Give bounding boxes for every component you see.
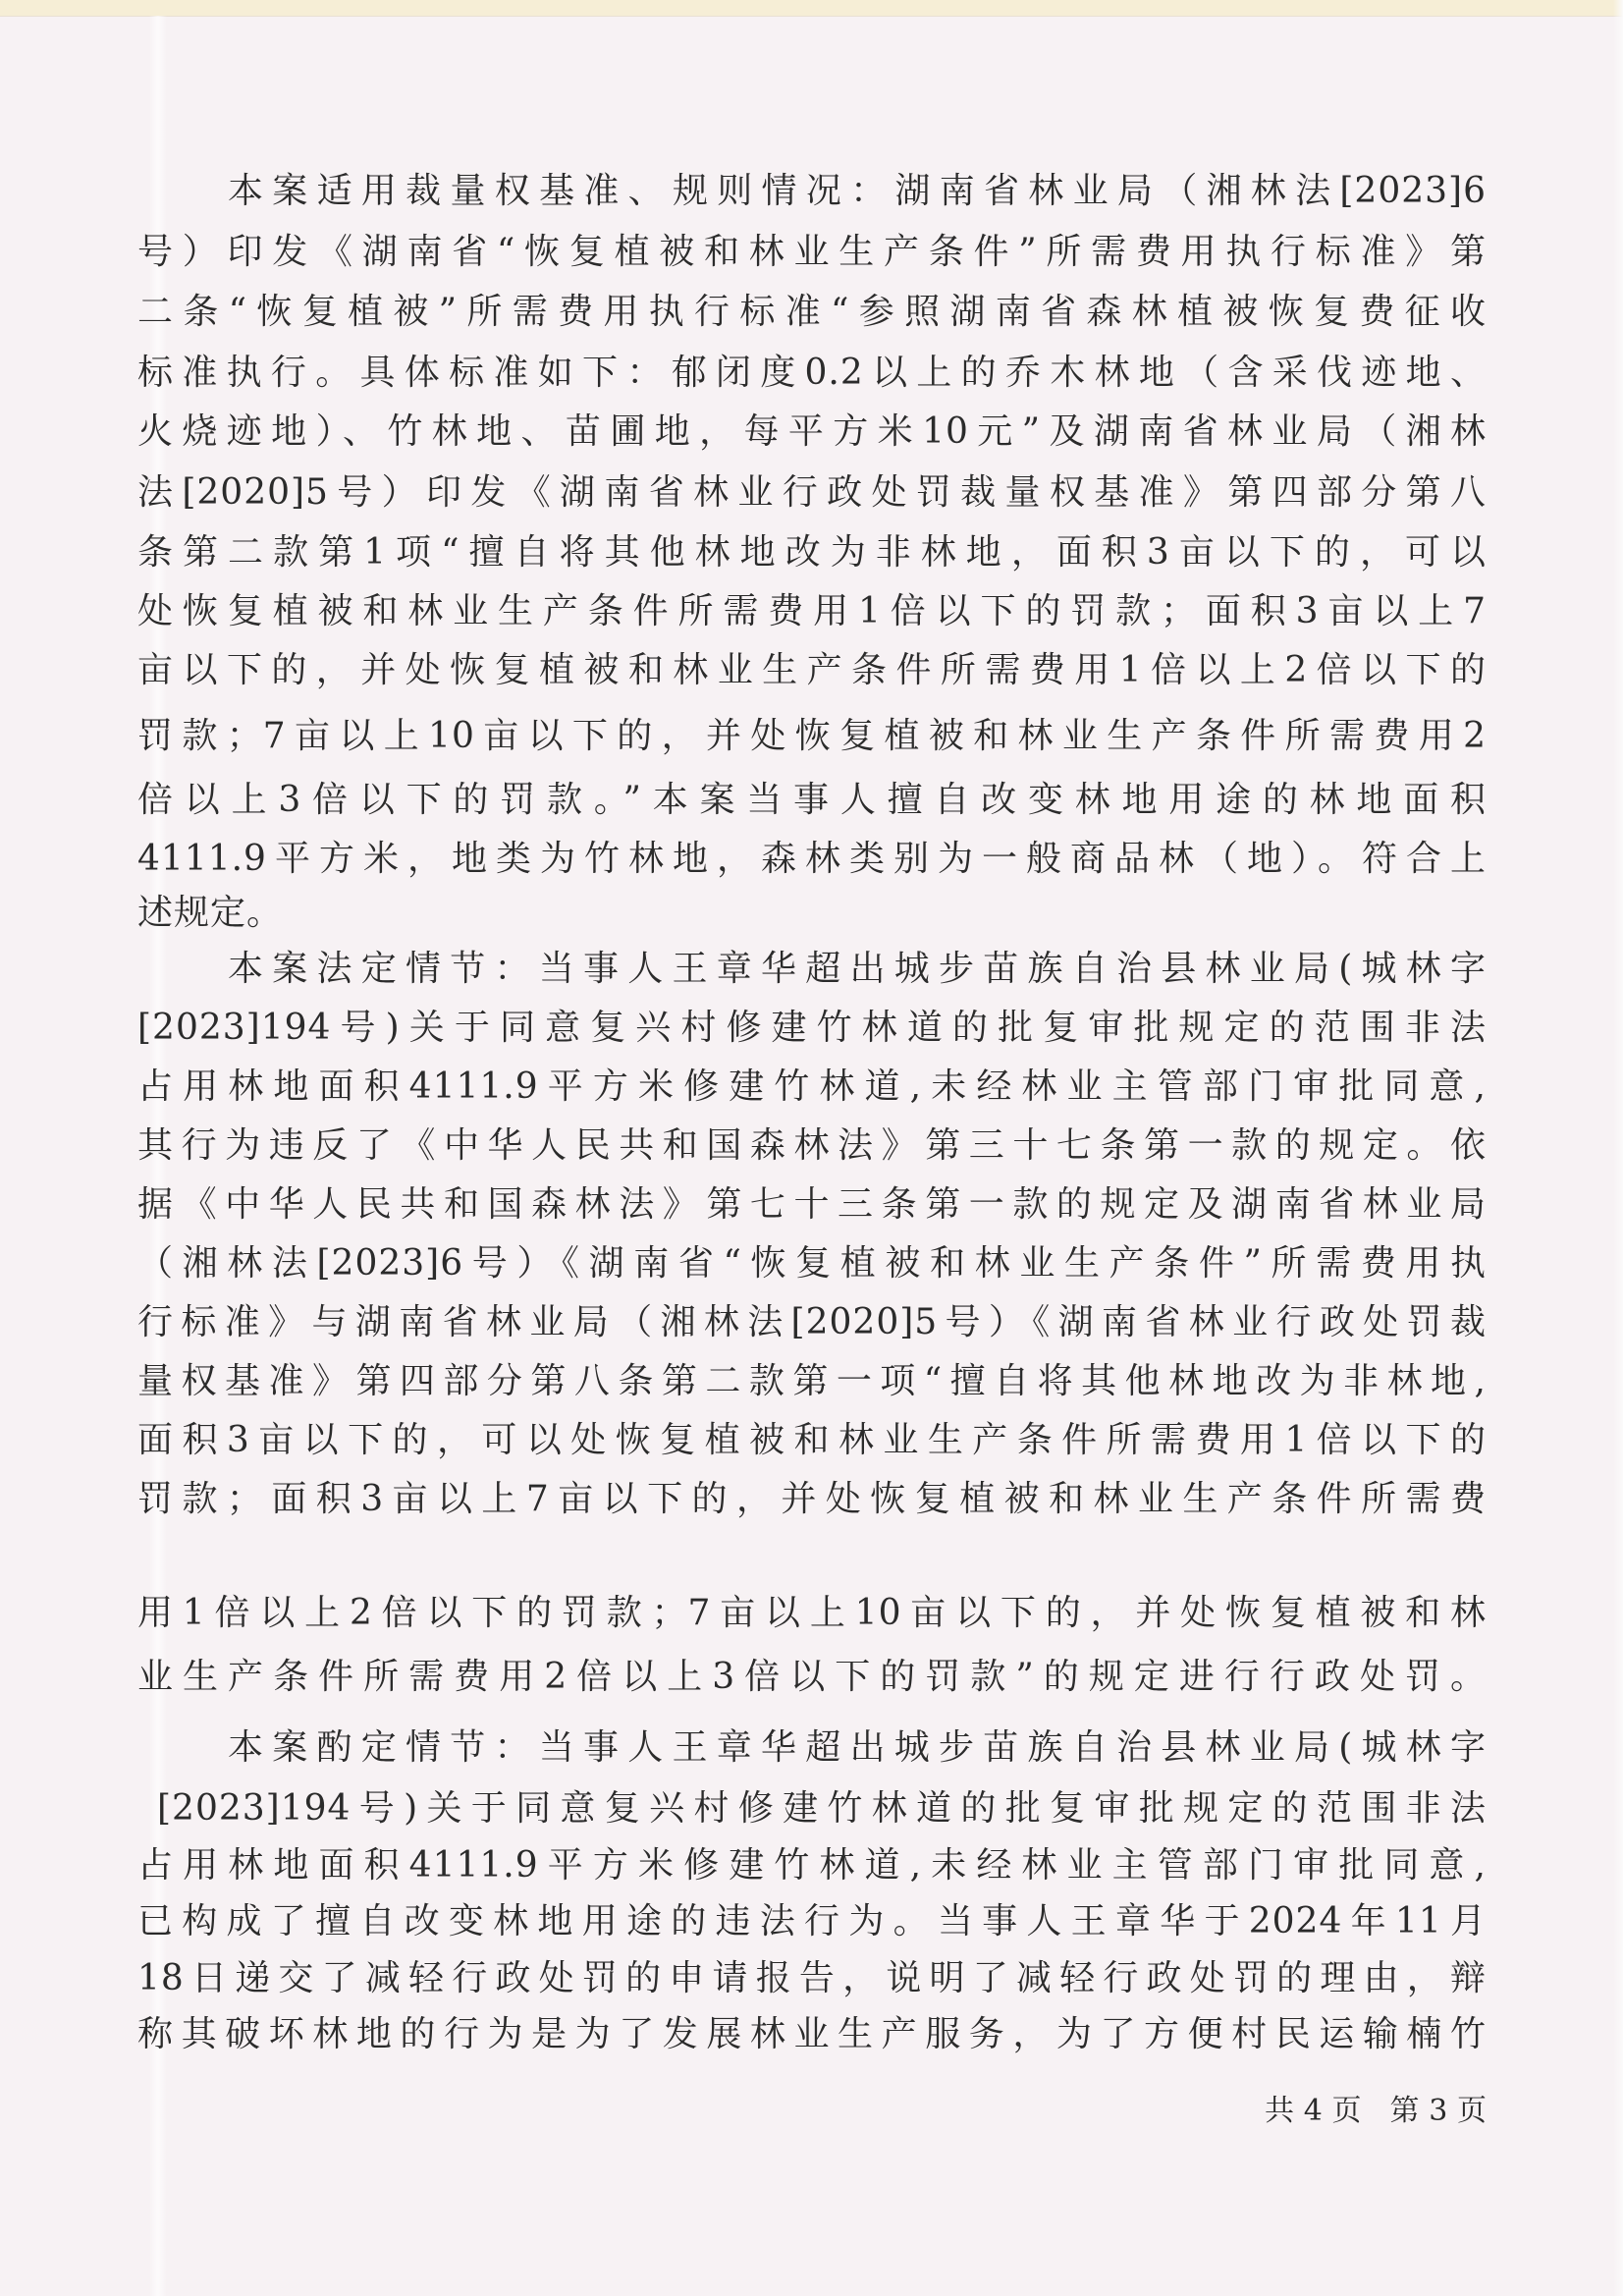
text-line: 罚款；7亩以上10亩以下的，并处恢复植被和林业生产条件所需费用2 <box>137 715 1487 758</box>
text-line: 占用林地面积4111.9平方米修建竹林道,未经林业主管部门审批同意, <box>137 1844 1487 1887</box>
text-line: 面积3亩以下的，可以处恢复植被和林业生产条件所需费用1倍以下的 <box>137 1419 1487 1462</box>
text-line: 条第二款第1项“擅自将其他林地改为非林地，面积3亩以下的，可以 <box>137 531 1487 574</box>
text-line: 法[2020]5号）印发《湖南省林业行政处罚裁量权基准》第四部分第八 <box>137 471 1487 515</box>
text-line: 行标准》与湖南省林业局（湘林法[2020]5号）《湖南省林业行政处罚裁 <box>137 1301 1487 1344</box>
text-line: 本案法定情节：当事人王章华超出城步苗族自治县林业局(城林字 <box>228 948 1487 991</box>
text-line: 述规定。 <box>137 892 1487 935</box>
text-line: 其行为违反了《中华人民共和国森林法》第三十七条第一款的规定。依 <box>137 1124 1487 1168</box>
text-line: 亩以下的，并处恢复植被和林业生产条件所需费用1倍以上2倍以下的 <box>137 649 1487 692</box>
text-line: [2023]194号)关于同意复兴村修建竹林道的批复审批规定的范围非法 <box>157 1787 1487 1831</box>
text-line: 称其破坏林地的行为是为了发展林业生产服务，为了方便村民运输楠竹 <box>137 2013 1487 2056</box>
text-line: 标准执行。具体标准如下：郁闭度0.2以上的乔木林地（含采伐迹地、 <box>137 352 1487 395</box>
text-line: 本案酌定情节：当事人王章华超出城步苗族自治县林业局(城林字 <box>228 1726 1487 1770</box>
text-line: 业生产条件所需费用2倍以上3倍以下的罚款”的规定进行行政处罚。 <box>137 1656 1487 1699</box>
text-line: 号）印发《湖南省“恢复植被和林业生产条件”所需费用执行标准》第 <box>137 231 1487 274</box>
text-line: 据《中华人民共和国森林法》第七十三条第一款的规定及湖南省林业局 <box>137 1183 1487 1227</box>
text-line: 倍以上3倍以下的罚款。”本案当事人擅自改变林地用途的林地面积 <box>137 779 1487 822</box>
text-line: 量权基准》第四部分第八条第二款第一项“擅自将其他林地改为非林地, <box>137 1360 1487 1403</box>
text-line: 本案适用裁量权基准、规则情况：湖南省林业局（湘林法[2023]6 <box>228 170 1487 213</box>
text-line: 占用林地面积4111.9平方米修建竹林道,未经林业主管部门审批同意, <box>137 1066 1487 1109</box>
text-line: 4111.9平方米，地类为竹林地，森林类别为一般商品林（地）。符合上 <box>137 838 1487 881</box>
text-line: （湘林法[2023]6号）《湖南省“恢复植被和林业生产条件”所需费用执 <box>137 1242 1487 1285</box>
text-line: 用1倍以上2倍以下的罚款；7亩以上10亩以下的，并处恢复植被和林 <box>137 1592 1487 1635</box>
text-line: [2023]194号)关于同意复兴村修建竹林道的批复审批规定的范围非法 <box>137 1007 1487 1050</box>
document-page: 本案适用裁量权基准、规则情况：湖南省林业局（湘林法[2023]6 号）印发《湖南… <box>0 0 1623 2296</box>
text-line: 火烧迹地）、竹林地、苗圃地，每平方米10元”及湖南省林业局（湘林 <box>137 410 1487 454</box>
text-line: 18日递交了减轻行政处罚的申请报告，说明了减轻行政处罚的理由，辩 <box>137 1957 1487 2000</box>
text-line: 罚款；面积3亩以上7亩以下的，并处恢复植被和林业生产条件所需费 <box>137 1478 1487 1521</box>
text-line: 二条“恢复植被”所需费用执行标准“参照湖南省森林植被恢复费征收 <box>137 291 1487 334</box>
text-line: 已构成了擅自改变林地用途的违法行为。当事人王章华于2024年11月 <box>137 1900 1487 1943</box>
text-line: 处恢复植被和林业生产条件所需费用1倍以下的罚款；面积3亩以上7 <box>137 590 1487 633</box>
page-number-footer: 共4页 第3页 <box>1265 2092 1487 2131</box>
